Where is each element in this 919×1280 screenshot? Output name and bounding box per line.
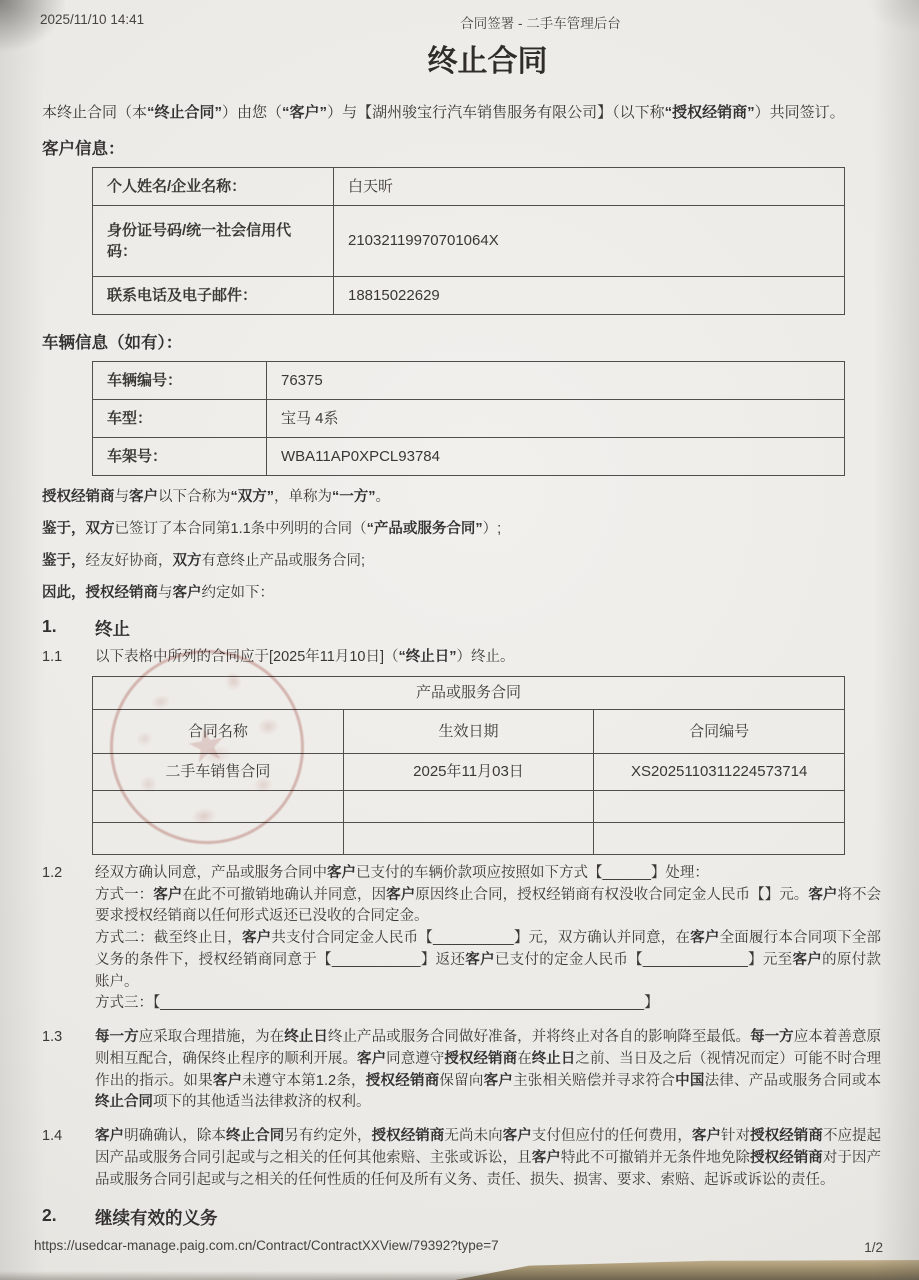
intro-paragraph: 本终止合同（本“终止合同”）由您（“客户”）与【湖州骏宝行汽车销售服务有限公司】… — [42, 102, 881, 125]
recital-therefore: 因此，授权经销商与客户约定如下： — [42, 583, 881, 604]
product-service-contract-table: 产品或服务合同 合同名称 生效日期 合同编号 二手车销售合同 2025年11月0… — [92, 676, 845, 855]
field-label: 联系电话及电子邮件： — [93, 276, 334, 314]
section-number: 2. — [42, 1205, 95, 1230]
table-title-row: 产品或服务合同 — [93, 677, 845, 710]
clause-1-2-option-2: 方式二：截至终止日，客户共支付合同定金人民币【__________】元，双方确认… — [95, 928, 881, 993]
clause-1-2: 1.2 经双方确认同意，产品或服务合同中客户已支付的车辆价款项应按照如下方式【_… — [42, 863, 881, 1015]
recital-parties: 授权经销商与客户以下合称为“双方”，单称为“一方”。 — [42, 487, 881, 508]
clause-number: 1.4 — [42, 1126, 95, 1191]
customer-info-table: 个人姓名/企业名称： 白天昕 身份证号码/统一社会信用代码： 210321199… — [92, 167, 845, 315]
page-title: 终止合同 — [42, 44, 881, 80]
table-row: 车辆编号： 76375 — [93, 361, 845, 399]
clause-1-2-option-1: 方式一：客户在此不可撤销地确认并同意，因客户原因终止合同，授权经销商有权没收合同… — [95, 885, 881, 929]
field-label: 个人姓名/企业名称： — [93, 167, 334, 205]
vehicle-info-table: 车辆编号： 76375 车型： 宝马 4系 车架号： WBA11AP0XPCL9… — [92, 361, 845, 476]
document-body: 终止合同 本终止合同（本“终止合同”）由您（“客户”）与【湖州骏宝行汽车销售服务… — [0, 0, 919, 1230]
field-value: WBA11AP0XPCL93784 — [267, 437, 845, 475]
clause-1-4: 1.4 客户明确确认，除本终止合同另有约定外，授权经销商无尚未向客户支付但应付的… — [42, 1126, 881, 1191]
section-title: 终止 — [95, 616, 130, 641]
section-1-heading: 1. 终止 — [42, 616, 881, 641]
table-title: 产品或服务合同 — [93, 677, 845, 710]
table-row: 车型： 宝马 4系 — [93, 399, 845, 437]
clause-number: 1.3 — [42, 1027, 95, 1114]
empty-cell — [343, 790, 594, 822]
table-row: 身份证号码/统一社会信用代码： 21032119970701064X — [93, 205, 845, 276]
print-footer-page-indicator: 1/2 — [864, 1240, 883, 1255]
empty-cell — [93, 822, 344, 854]
field-value: 76375 — [267, 361, 845, 399]
clause-number: 1.2 — [42, 863, 95, 1015]
section-title: 继续有效的义务 — [95, 1205, 218, 1230]
clause-1-2-option-3: 方式三：【___________________________________… — [95, 993, 881, 1015]
recital-whereas-2: 鉴于，经友好协商，双方有意终止产品或服务合同; — [42, 551, 881, 572]
print-header-doc-title: 合同签署 - 二手车管理后台 — [0, 12, 919, 32]
clause-text: 客户明确确认，除本终止合同另有约定外，授权经销商无尚未向客户支付但应付的任何费用… — [95, 1126, 881, 1191]
column-header: 生效日期 — [343, 709, 594, 754]
printed-contract-page: 2025/11/10 14:41 合同签署 - 二手车管理后台 终止合同 本终止… — [0, 0, 919, 1280]
clause-1-2-intro: 经双方确认同意，产品或服务合同中客户已支付的车辆价款项应按照如下方式【_____… — [95, 863, 881, 885]
field-value: 18815022629 — [334, 276, 845, 314]
clause-text: 经双方确认同意，产品或服务合同中客户已支付的车辆价款项应按照如下方式【_____… — [95, 863, 881, 1015]
empty-cell — [93, 790, 344, 822]
clause-text: 每一方应采取合理措施，为在终止日终止产品或服务合同做好准备，并将终止对各自的影响… — [95, 1027, 881, 1114]
section-number: 1. — [42, 616, 95, 641]
field-label: 车型： — [93, 399, 267, 437]
field-value: 21032119970701064X — [334, 205, 845, 276]
clause-1-1: 1.1 以下表格中所列的合同应于[2025年11月10日]（“终止日”）终止。 — [42, 647, 881, 669]
clause-1-3: 1.3 每一方应采取合理措施，为在终止日终止产品或服务合同做好准备，并将终止对各… — [42, 1027, 881, 1114]
empty-cell — [594, 790, 845, 822]
field-label: 车辆编号： — [93, 361, 267, 399]
contract-date-cell: 2025年11月03日 — [343, 754, 594, 791]
contract-name-cell: 二手车销售合同 — [93, 754, 344, 791]
table-row: 二手车销售合同 2025年11月03日 XS202511031122457371… — [93, 754, 845, 791]
table-header-row: 合同名称 生效日期 合同编号 — [93, 709, 845, 754]
recital-whereas-1: 鉴于，双方已签订了本合同第1.1条中列明的合同（“产品或服务合同”）; — [42, 519, 881, 540]
clause-text: 以下表格中所列的合同应于[2025年11月10日]（“终止日”）终止。 — [95, 647, 881, 669]
table-row-empty — [93, 822, 845, 854]
print-footer-url: https://usedcar-manage.paig.com.cn/Contr… — [34, 1238, 499, 1253]
contract-number-cell: XS2025110311224573714 — [594, 754, 845, 791]
table-row: 联系电话及电子邮件： 18815022629 — [93, 276, 845, 314]
customer-info-heading: 客户信息： — [42, 135, 881, 159]
table-row-empty — [93, 790, 845, 822]
empty-cell — [343, 822, 594, 854]
column-header: 合同编号 — [594, 709, 845, 754]
field-label: 车架号： — [93, 437, 267, 475]
table-row: 车架号： WBA11AP0XPCL93784 — [93, 437, 845, 475]
field-value: 宝马 4系 — [267, 399, 845, 437]
table-row: 个人姓名/企业名称： 白天昕 — [93, 167, 845, 205]
field-value: 白天昕 — [334, 167, 845, 205]
vehicle-info-heading: 车辆信息（如有）： — [42, 329, 881, 353]
desk-surface-edge — [455, 1260, 919, 1280]
empty-cell — [594, 822, 845, 854]
field-label: 身份证号码/统一社会信用代码： — [93, 205, 334, 276]
section-2-heading: 2. 继续有效的义务 — [42, 1205, 881, 1230]
column-header: 合同名称 — [93, 709, 344, 754]
clause-number: 1.1 — [42, 647, 95, 669]
